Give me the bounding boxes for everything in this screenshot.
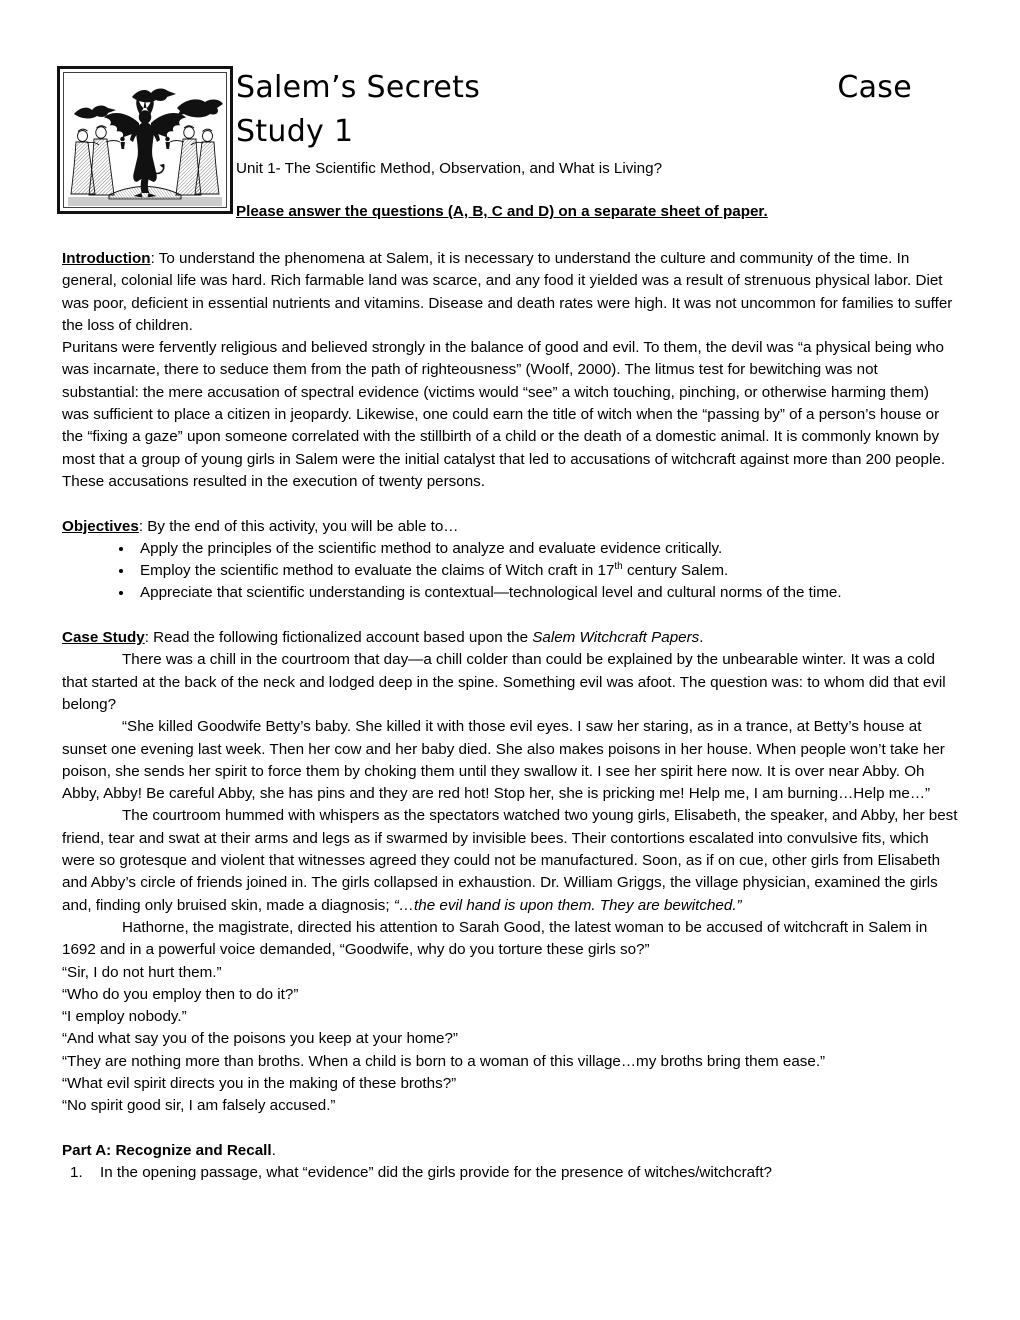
case-study-lead-end: . xyxy=(699,629,703,646)
dialogue-line: “And what say you of the poisons you kee… xyxy=(62,1028,958,1050)
dialogue-line: “Who do you employ then to do it?” xyxy=(62,984,958,1006)
dialogue-line: “What evil spirit directs you in the mak… xyxy=(62,1073,958,1095)
question-number: 1. xyxy=(70,1162,100,1184)
part-a-heading: Part A: Recognize and Recall. xyxy=(62,1140,958,1162)
objective-text: Apply the principles of the scientific m… xyxy=(140,540,722,557)
dialogue-line: “I employ nobody.” xyxy=(62,1006,958,1028)
narrative-paragraph: There was a chill in the courtroom that … xyxy=(62,649,958,716)
objective-text: Appreciate that scientific understanding… xyxy=(140,584,842,601)
source-title-italic: Salem Witchcraft Papers xyxy=(532,629,699,646)
objectives-list: Apply the principles of the scientific m… xyxy=(62,538,958,605)
document-body: Introduction: To understand the phenomen… xyxy=(62,248,958,1184)
narrative-paragraph: Hathorne, the magistrate, directed his a… xyxy=(62,917,958,962)
title-text-left: Salem’s Secrets xyxy=(236,66,480,110)
dialogue-line: “They are nothing more than broths. When… xyxy=(62,1051,958,1073)
header-text-block: Salem’s Secrets Case Study 1 Unit 1- The… xyxy=(233,66,958,220)
case-study-lead: Case Study: Read the following fictional… xyxy=(62,627,958,649)
woodcut-devil-witches-image xyxy=(57,66,233,214)
diagnosis-quote-italic: “…the evil hand is upon them. They are b… xyxy=(394,897,742,914)
dialogue-line: “No spirit good sir, I am falsely accuse… xyxy=(62,1095,958,1117)
blank-line xyxy=(62,605,958,627)
dialogue-line: “Sir, I do not hurt them.” xyxy=(62,962,958,984)
objectives-lead: Objectives: By the end of this activity,… xyxy=(62,516,958,538)
document-title: Salem’s Secrets Case Study 1 xyxy=(236,66,958,154)
unit-subtitle: Unit 1- The Scientific Method, Observati… xyxy=(236,158,958,179)
objective-item: Apply the principles of the scientific m… xyxy=(134,538,958,560)
narrative-paragraph: “She killed Goodwife Betty’s baby. She k… xyxy=(62,716,958,805)
case-study-lead-text: : Read the following fictionalized accou… xyxy=(145,629,533,646)
introduction-label: Introduction xyxy=(62,250,151,267)
document-page: Salem’s Secrets Case Study 1 Unit 1- The… xyxy=(0,0,1020,1320)
narrative-paragraph: The courtroom hummed with whispers as th… xyxy=(62,805,958,916)
question-text: In the opening passage, what “evidence” … xyxy=(100,1162,958,1184)
blank-line xyxy=(62,493,958,515)
objective-text: century Salem. xyxy=(623,562,729,579)
objective-item: Appreciate that scientific understanding… xyxy=(134,582,958,604)
title-text-line2: Study 1 xyxy=(236,110,958,154)
part-a-period: . xyxy=(272,1142,276,1159)
ordinal-superscript: th xyxy=(614,561,622,572)
introduction-text: : To understand the phenomena at Salem, … xyxy=(62,250,952,334)
objective-text: Employ the scientific method to evaluate… xyxy=(140,562,614,579)
objectives-label: Objectives xyxy=(62,518,139,535)
introduction-paragraph: Introduction: To understand the phenomen… xyxy=(62,248,958,337)
case-study-label: Case Study xyxy=(62,629,145,646)
document-header: Salem’s Secrets Case Study 1 Unit 1- The… xyxy=(62,66,958,220)
blank-line xyxy=(62,1118,958,1140)
puritans-paragraph: Puritans were fervently religious and be… xyxy=(62,337,958,493)
question-item-1: 1.In the opening passage, what “evidence… xyxy=(62,1162,958,1184)
title-text-right: Case xyxy=(837,66,912,110)
objectives-lead-text: : By the end of this activity, you will … xyxy=(139,518,459,535)
answer-instruction: Please answer the questions (A, B, C and… xyxy=(236,203,958,220)
objective-item: Employ the scientific method to evaluate… xyxy=(134,560,958,582)
part-a-label: Part A: Recognize and Recall xyxy=(62,1142,272,1159)
